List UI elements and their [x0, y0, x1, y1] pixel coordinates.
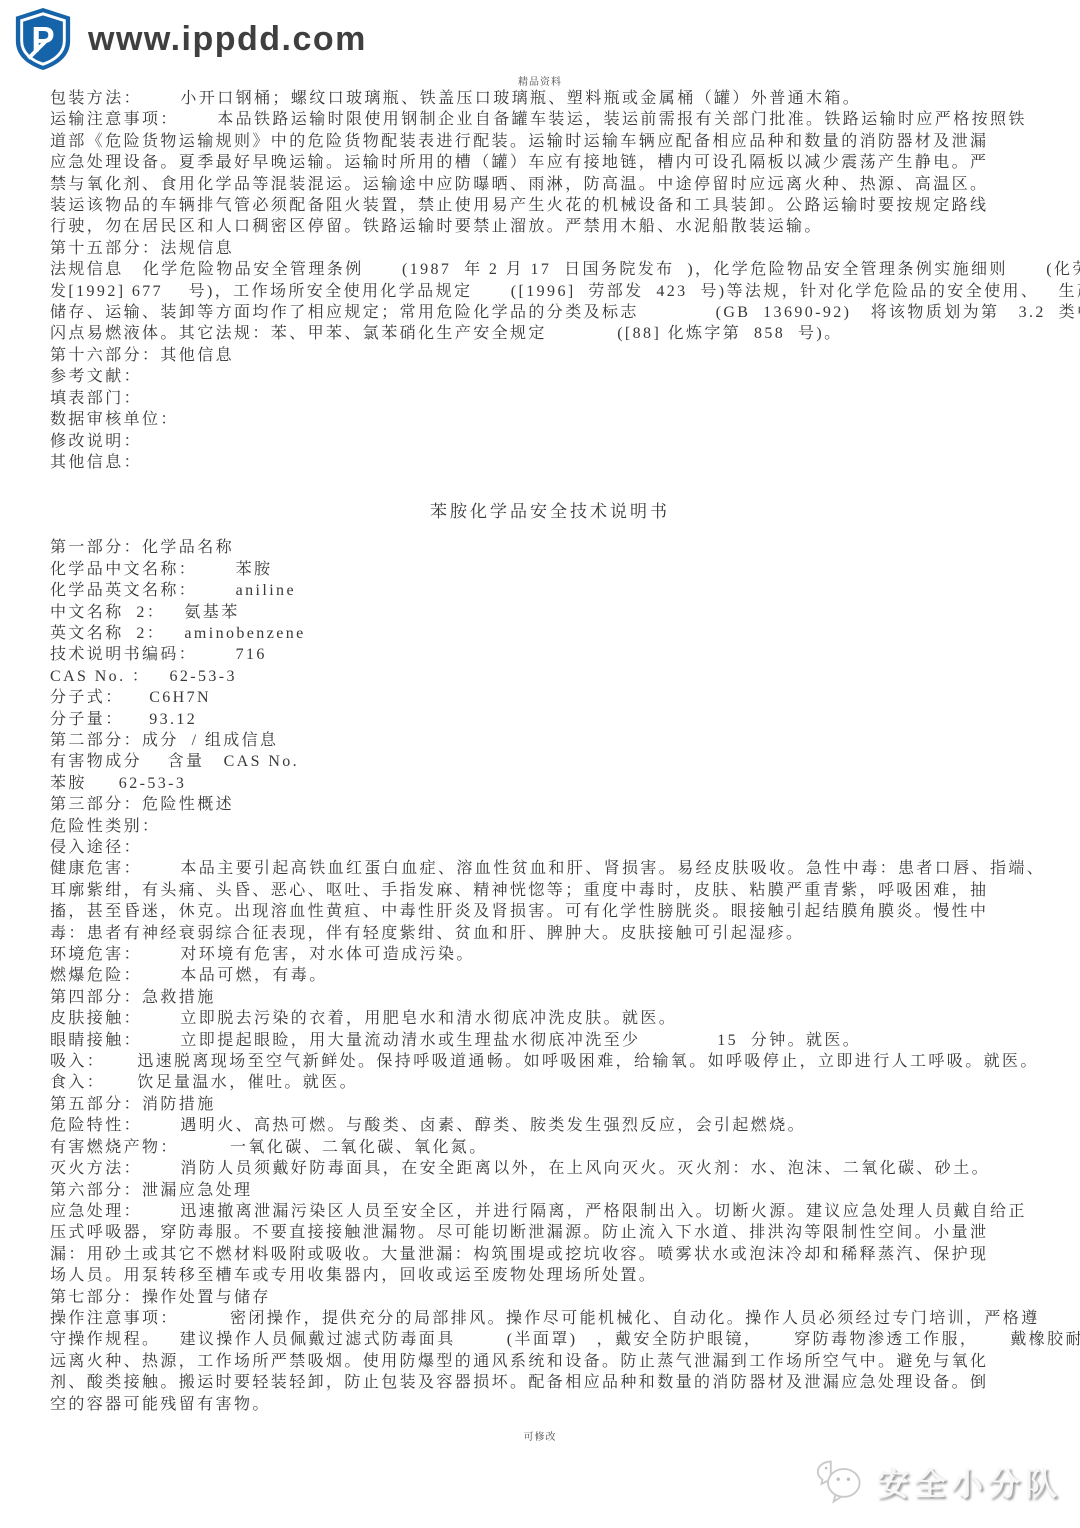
document-line: 闪点易燃液体。其它法规：苯、甲苯、氯苯硝化生产安全规定 ([88] 化炼字第 8…: [50, 323, 1050, 344]
document-line: 第六部分：泄漏应急处理: [50, 1180, 1050, 1201]
document-line: 皮肤接触： 立即脱去污染的衣着，用肥皂水和清水彻底冲洗皮肤。就医。: [50, 1008, 1050, 1029]
watermark: 安全小分队: [815, 1456, 1062, 1508]
site-url[interactable]: www.ippdd.com: [88, 20, 367, 59]
document-line: 危险性类别：: [50, 816, 1050, 837]
document-line: 毒：患者有神经衰弱综合征表现，伴有轻度紫绀、贫血和肝、脾肿大。皮肤接触可引起湿疹…: [50, 923, 1050, 944]
watermark-label: 安全小分队: [877, 1459, 1062, 1505]
document-line: 应急处理： 迅速撤离泄漏污染区人员至安全区，并进行隔离，严格限制出入。切断火源。…: [50, 1201, 1050, 1222]
document-line: 分子式： C6H7N: [50, 687, 1050, 708]
document-line: 数据审核单位：: [50, 409, 1050, 430]
document-line: 法规信息 化学危险物品安全管理条例 (1987 年 2 月 17 日国务院发布 …: [50, 259, 1050, 280]
document-line: CAS No. ： 62-53-3: [50, 666, 1050, 687]
document-line: 漏：用砂土或其它不燃材料吸附或吸收。大量泄漏：构筑围堤或挖坑收容。喷雾状水或泡沫…: [50, 1244, 1050, 1265]
document-line: 化学品中文名称： 苯胺: [50, 559, 1050, 580]
document-line: 修改说明：: [50, 431, 1050, 452]
document-line: 第四部分：急救措施: [50, 987, 1050, 1008]
document-line: 危险特性： 遇明火、高热可燃。与酸类、卤素、醇类、胺类发生强烈反应，会引起燃烧。: [50, 1115, 1050, 1136]
document-line: 运输注意事项： 本品铁路运输时限使用钢制企业自备罐车装运，装运前需报有关部门批准…: [50, 109, 1050, 130]
document-line: 剂、酸类接触。搬运时要轻装轻卸，防止包装及容器损坏。配备相应品种和数量的消防器材…: [50, 1372, 1050, 1393]
document-line: 搐，甚至昏迷，休克。出现溶血性黄疸、中毒性肝炎及肾损害。可有化学性膀胱炎。眼接触…: [50, 901, 1050, 922]
document-line: 第七部分：操作处置与储存: [50, 1287, 1050, 1308]
document-line: 第十六部分：其他信息: [50, 345, 1050, 366]
document-line: 化学品英文名称： aniline: [50, 580, 1050, 601]
document-line: 灭火方法： 消防人员须戴好防毒面具，在安全距离以外，在上风向灭火。灭火剂：水、泡…: [50, 1158, 1050, 1179]
document-line: 有害燃烧产物： 一氧化碳、二氧化碳、氧化氮。: [50, 1137, 1050, 1158]
footer-note-label: 可修改: [0, 1428, 1080, 1443]
wechat-icon: [815, 1456, 867, 1508]
document-line: 第一部分：化学品名称: [50, 537, 1050, 558]
document-line: 压式呼吸器，穿防毒服。不要直接接触泄漏物。尽可能切断泄漏源。防止流入下水道、排洪…: [50, 1222, 1050, 1243]
document-line: 道部《危险货物运输规则》中的危险货物配装表进行配装。运输时运输车辆应配备相应品种…: [50, 131, 1050, 152]
document-line: 装运该物品的车辆排气管必须配备阻火装置，禁止使用易产生火花的机械设备和工具装卸。…: [50, 195, 1050, 216]
document-line: 吸入： 迅速脱离现场至空气新鲜处。保持呼吸道通畅。如呼吸困难，给输氧。如呼吸停止…: [50, 1051, 1050, 1072]
document-line: 填表部门：: [50, 388, 1050, 409]
document-line: 健康危害： 本品主要引起高铁血红蛋白血症、溶血性贫血和肝、肾损害。易经皮肤吸收。…: [50, 858, 1050, 879]
document-line: 中文名称 2： 氨基苯: [50, 602, 1050, 623]
document-title: 苯胺化学品安全技术说明书: [50, 473, 1050, 537]
document-line: 眼睛接触： 立即提起眼睑，用大量流动清水或生理盐水彻底冲洗至少 15 分钟。就医…: [50, 1030, 1050, 1051]
document-line: 应急处理设备。夏季最好早晚运输。运输时所用的槽（罐）车应有接地链，槽内可设孔隔板…: [50, 152, 1050, 173]
site-header: P www.ippdd.com: [12, 6, 367, 72]
document-line: 其他信息：: [50, 452, 1050, 473]
document-line: 有害物成分 含量 CAS No.: [50, 751, 1050, 772]
document-line: 侵入途径：: [50, 837, 1050, 858]
document-line: 发[1992] 677 号)，工作场所安全使用化学品规定 ([1996] 劳部发…: [50, 281, 1050, 302]
document-line: 耳廓紫绀，有头痛、头昏、恶心、呕吐、手指发麻、精神恍惚等；重度中毒时，皮肤、粘膜…: [50, 880, 1050, 901]
document-line: 燃爆危险： 本品可燃，有毒。: [50, 965, 1050, 986]
page: P www.ippdd.com 精品资料 包装方法： 小开口钢桶；螺纹口玻璃瓶、…: [0, 0, 1080, 1528]
document-line: 空的容器可能残留有害物。: [50, 1394, 1050, 1415]
document-line: 第二部分：成分 / 组成信息: [50, 730, 1050, 751]
document-line: 操作注意事项： 密闭操作，提供充分的局部排风。操作尽可能机械化、自动化。操作人员…: [50, 1308, 1050, 1329]
document-line: 第十五部分：法规信息: [50, 238, 1050, 259]
document-line: 行驶，勿在居民区和人口稠密区停留。铁路运输时要禁止溜放。严禁用木船、水泥船散装运…: [50, 216, 1050, 237]
shield-p-icon[interactable]: P: [12, 6, 74, 72]
document-line: 环境危害： 对环境有危害，对水体可造成污染。: [50, 944, 1050, 965]
document-line: 第三部分：危险性概述: [50, 794, 1050, 815]
document-line: 禁与氧化剂、食用化学品等混装混运。运输途中应防曝晒、雨淋，防高温。中途停留时应远…: [50, 174, 1050, 195]
document-line: 分子量： 93.12: [50, 709, 1050, 730]
document-line: 包装方法： 小开口钢桶；螺纹口玻璃瓶、铁盖压口玻璃瓶、塑料瓶或金属桶（罐）外普通…: [50, 88, 1050, 109]
document-line: 守操作规程。 建议操作人员佩戴过滤式防毒面具 (半面罩) ，戴安全防护眼镜， 穿…: [50, 1329, 1050, 1350]
document-line: 场人员。用泵转移至槽车或专用收集器内，回收或运至废物处理场所处置。: [50, 1265, 1050, 1286]
top-note-label: 精品资料: [0, 73, 1080, 88]
document-body: 包装方法： 小开口钢桶；螺纹口玻璃瓶、铁盖压口玻璃瓶、塑料瓶或金属桶（罐）外普通…: [50, 88, 1050, 1415]
document-line: 苯胺 62-53-3: [50, 773, 1050, 794]
document-line: 英文名称 2： aminobenzene: [50, 623, 1050, 644]
document-line: 远离火种、热源，工作场所严禁吸烟。使用防爆型的通风系统和设备。防止蒸气泄漏到工作…: [50, 1351, 1050, 1372]
document-line: 技术说明书编码： 716: [50, 644, 1050, 665]
document-line: 参考文献：: [50, 366, 1050, 387]
document-line: 第五部分：消防措施: [50, 1094, 1050, 1115]
document-line: 储存、运输、装卸等方面均作了相应规定；常用危险化学品的分类及标志 (GB 136…: [50, 302, 1050, 323]
document-line: 食入： 饮足量温水，催吐。就医。: [50, 1072, 1050, 1093]
